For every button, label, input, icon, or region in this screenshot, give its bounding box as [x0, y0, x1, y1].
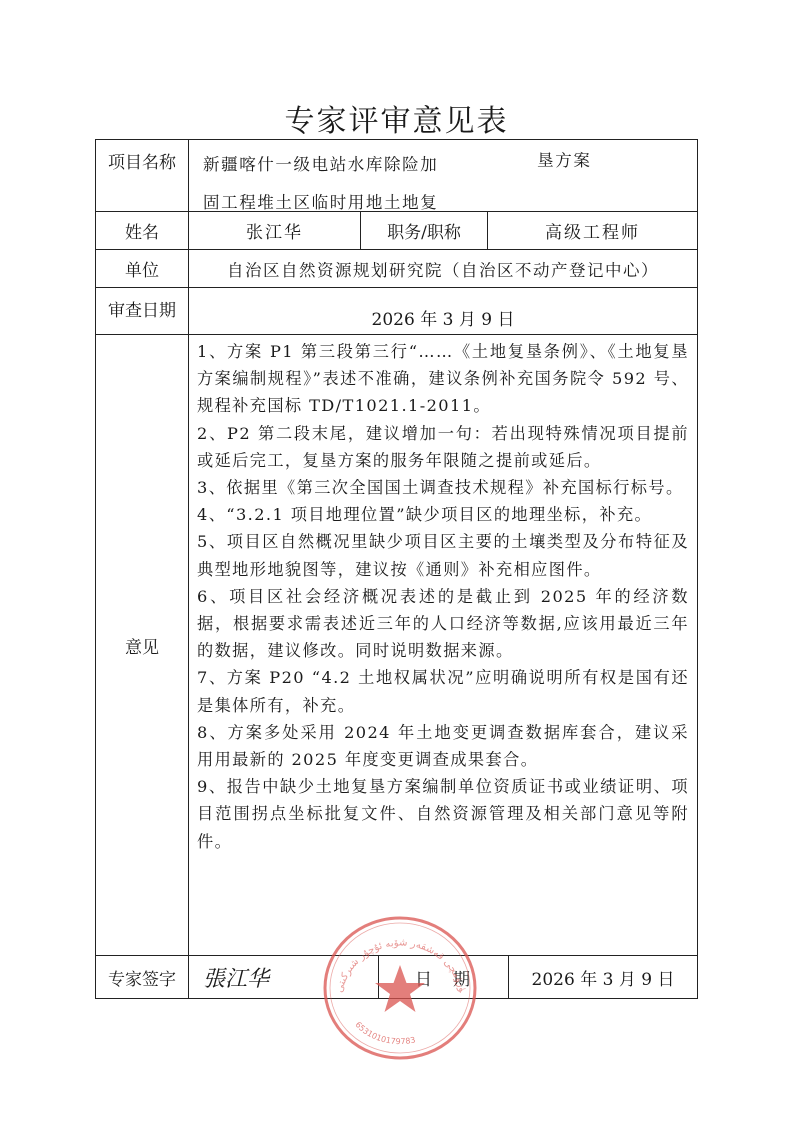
signature-label: 专家签字: [95, 955, 189, 999]
opinion-item: 6、项目区社会经济概况表述的是截止到 2025 年的经济数据，根据要求需表述近三…: [197, 583, 689, 665]
opinions-label: 意见: [95, 334, 189, 956]
date-label: 日 期: [378, 955, 509, 999]
project-name-value: 新疆喀什一级电站水库除险加固工程堆土区临时用地土地复 垦方案: [188, 139, 698, 212]
opinion-item: 3、依据里《第三次全国国土调查技术规程》补充国标行标号。: [197, 474, 684, 501]
opinions-list: 1、方案 P1 第三段第三行“……《土地复垦条例》、《土地复垦方案编制规程》”表…: [188, 334, 698, 956]
document-title: 专家评审意见表: [0, 96, 793, 140]
project-name-label: 项目名称: [95, 139, 189, 212]
opinion-item: 1、方案 P1 第三段第三行“……《土地复垦条例》、《土地复垦方案编制规程》”表…: [197, 338, 689, 420]
position-label: 职务/职称: [360, 211, 488, 250]
position-value: 高级工程师: [487, 211, 698, 250]
project-name-line2: 垦方案: [442, 142, 687, 180]
name-label: 姓名: [95, 211, 189, 250]
opinion-item: 9、报告中缺少土地复垦方案编制单位资质证书或业绩证明、项目范围拐点坐标批复文件、…: [197, 773, 689, 855]
svg-text:6531010179783: 6531010179783: [353, 1020, 416, 1046]
unit-value: 自治区自然资源规划研究院（自治区不动产登记中心）: [188, 249, 698, 288]
opinion-item: 4、“3.2.1 项目地理位置”缺少项目区的地理坐标，补充。: [197, 501, 652, 528]
unit-label: 单位: [95, 249, 189, 288]
opinion-item: 8、方案多处采用 2024 年土地变更调查数据库套合，建议采用用最新的 2025…: [197, 719, 689, 773]
opinion-item: 5、项目区自然概况里缺少项目区主要的土壤类型及分布特征及典型地形地貌图等，建议按…: [197, 528, 689, 582]
signature-date: 2026 年 3 月 9 日: [508, 955, 698, 999]
expert-signature: 張江华: [188, 955, 379, 999]
name-value: 张江华: [188, 211, 361, 250]
opinion-item: 2、P2 第二段末尾，建议增加一句：若出现特殊情况项目提前或延后完工，复垦方案的…: [197, 420, 689, 474]
review-date-label: 审查日期: [95, 287, 189, 335]
review-date-value: 2026 年 3 月 9 日: [188, 287, 698, 335]
opinion-item: 7、方案 P20 “4.2 土地权属状况”应明确说明所有权是国有还是集体所有，补…: [197, 664, 689, 718]
